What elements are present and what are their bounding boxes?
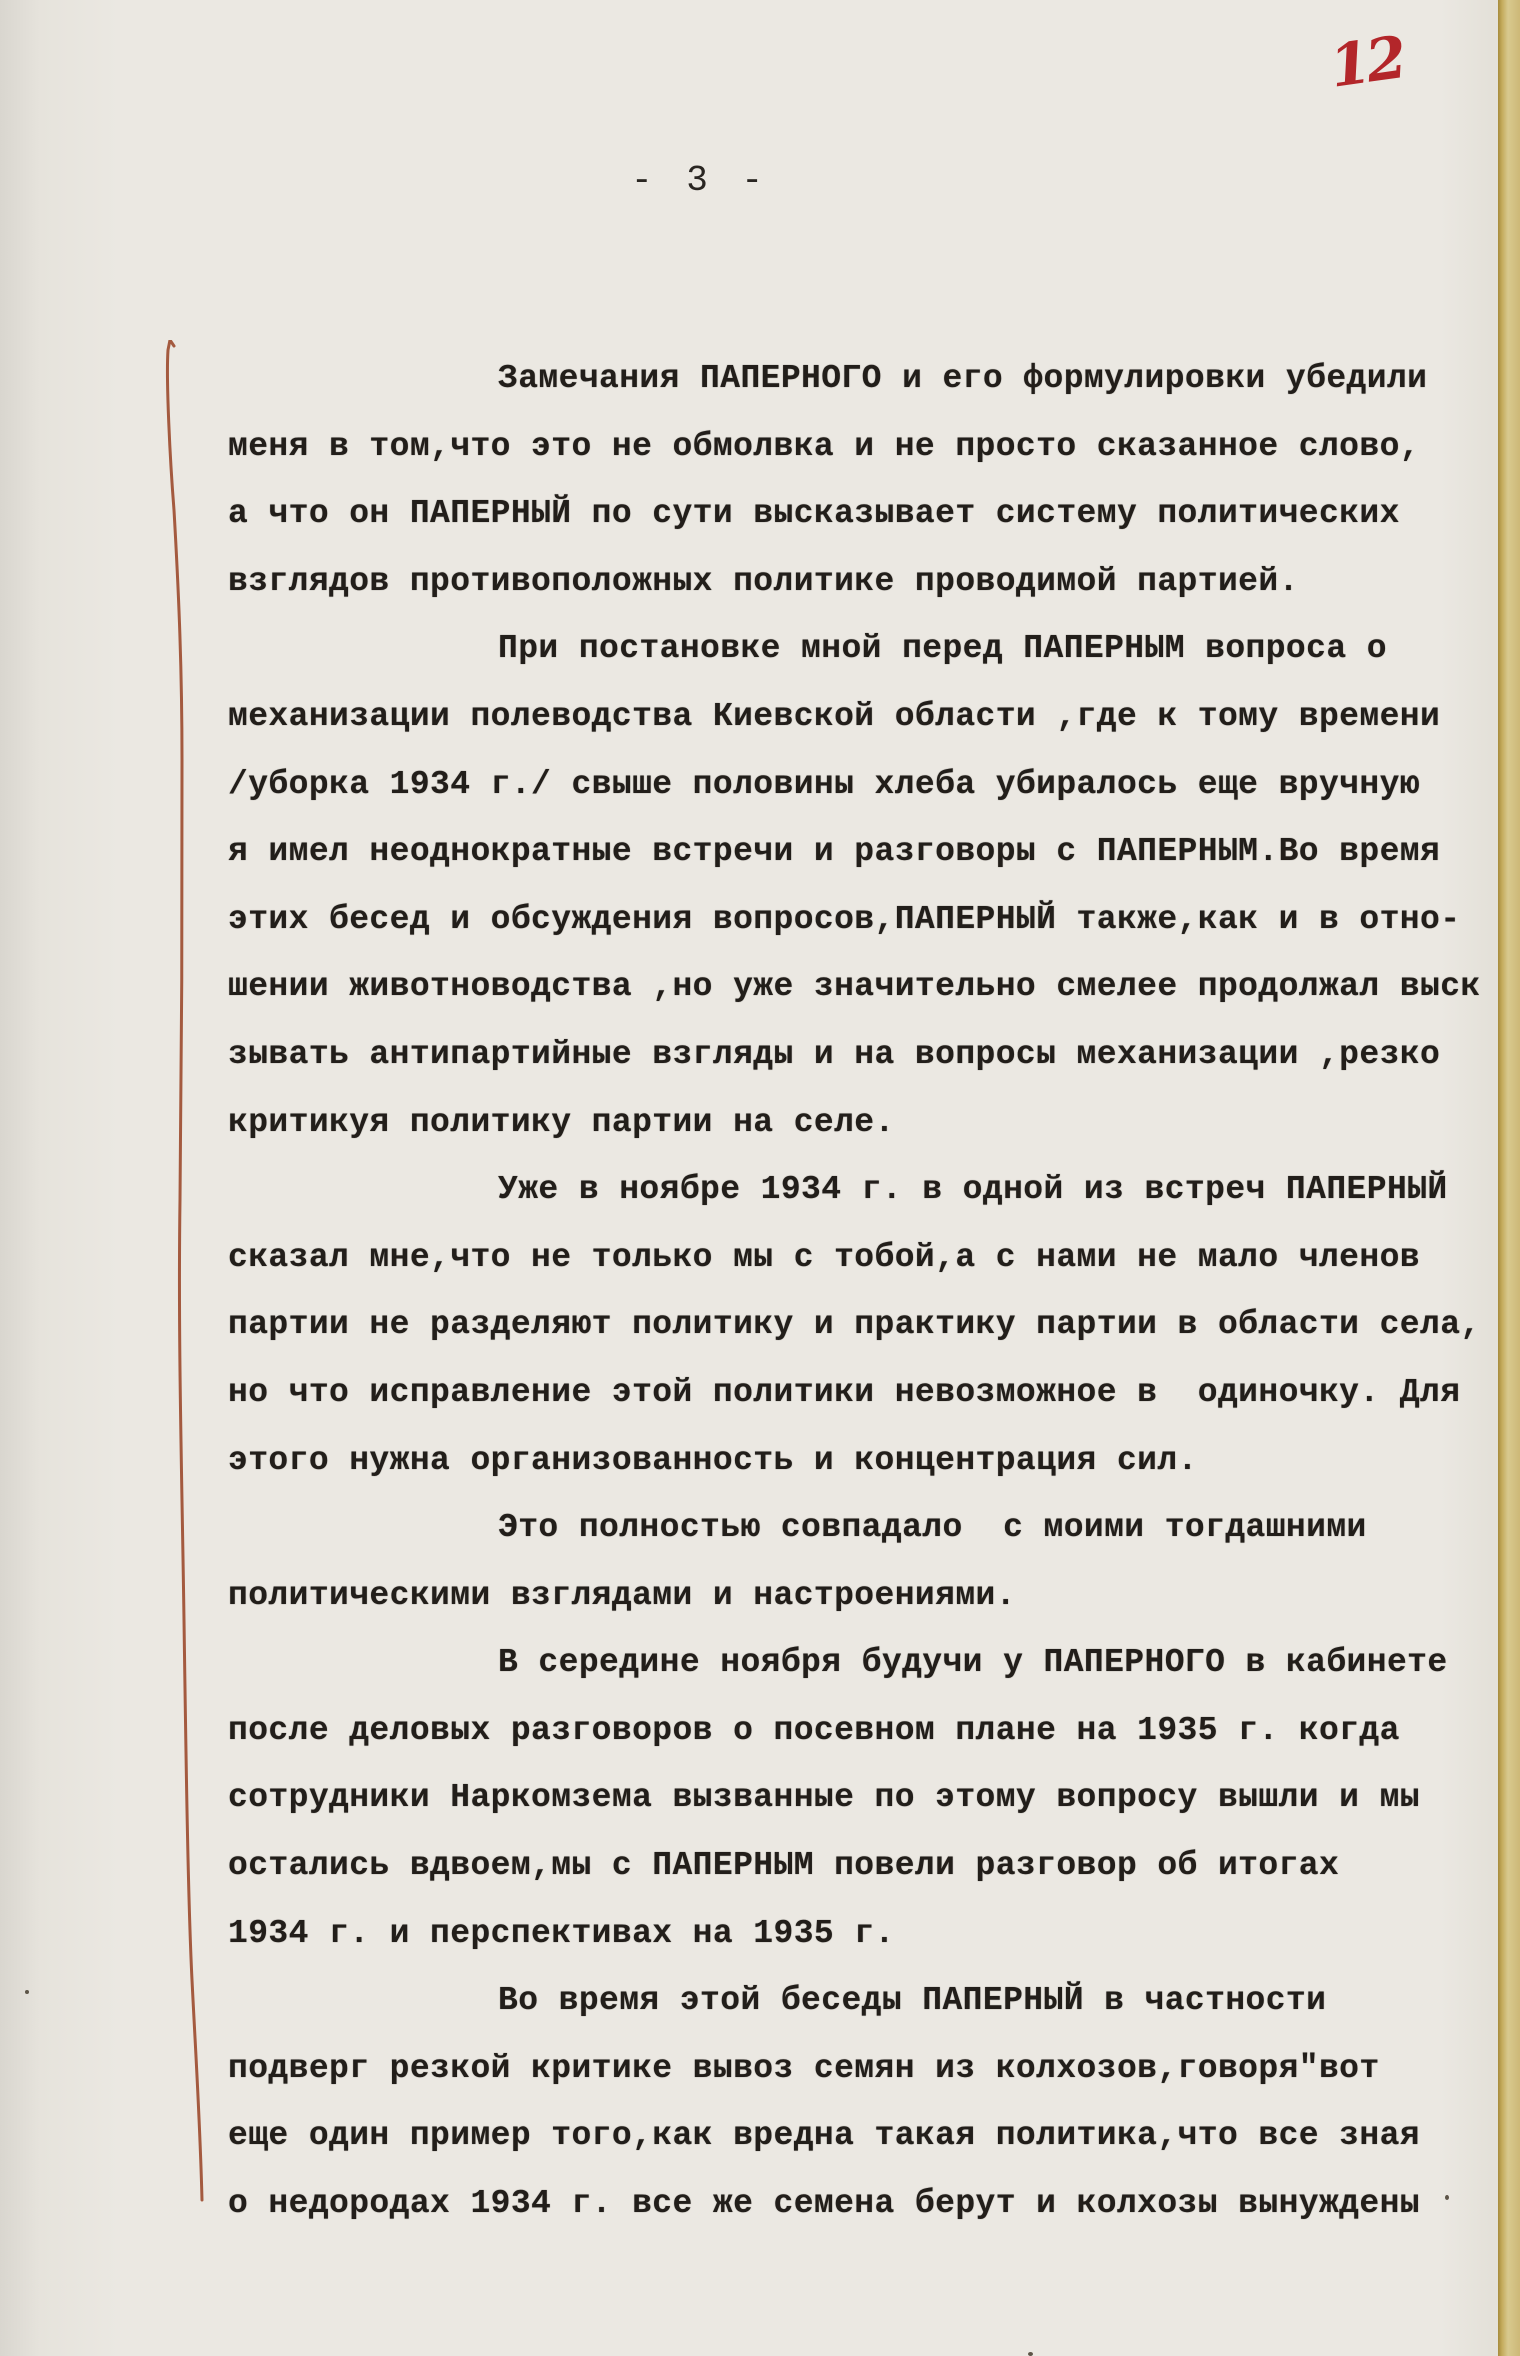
text-line: этих бесед и обсуждения вопросов,ПАПЕРНЫ…	[228, 886, 1520, 954]
paper-speck	[1445, 2195, 1449, 2200]
text-line: я имел неоднократные встречи и разговоры…	[228, 818, 1520, 886]
text-line: а что он ПАПЕРНЫЙ по сути высказывает си…	[228, 480, 1520, 548]
paper-speck	[1028, 2352, 1033, 2356]
binding-edge	[1498, 0, 1520, 2356]
text-line: сказал мне,что не только мы с тобой,а с …	[228, 1224, 1520, 1292]
page-marker: - 3 -	[600, 160, 800, 201]
text-line: этого нужна организованность и концентра…	[228, 1427, 1520, 1495]
text-line: критикуя политику партии на селе.	[228, 1089, 1520, 1157]
paragraph-first-line: В середине ноября будучи у ПАПЕРНОГО в к…	[228, 1629, 1520, 1697]
document-page: 12 - 3 - Замечания ПАПЕРНОГО и его форму…	[0, 0, 1498, 2356]
text-line: меня в том,что это не обмолвка и не прос…	[228, 413, 1520, 481]
paragraph-first-line: Во время этой беседы ПАПЕРНЫЙ в частност…	[228, 1967, 1520, 2035]
text-line: /уборка 1934 г./ свыше половины хлеба уб…	[228, 751, 1520, 819]
text-line: взглядов противоположных политике провод…	[228, 548, 1520, 616]
text-line: остались вдвоем,мы с ПАПЕРНЫМ повели раз…	[228, 1832, 1520, 1900]
typewritten-body: Замечания ПАПЕРНОГО и его формулировки у…	[228, 345, 1520, 2238]
paragraph-first-line: Уже в ноябре 1934 г. в одной из встреч П…	[228, 1156, 1520, 1224]
paper-speck	[25, 1990, 29, 1994]
margin-pencil-line-icon	[160, 340, 220, 2220]
folio-number: 12	[1326, 23, 1407, 100]
paragraph-first-line: Замечания ПАПЕРНОГО и его формулировки у…	[228, 345, 1520, 413]
text-line: политическими взглядами и настроениями.	[228, 1562, 1520, 1630]
text-line: сотрудники Наркомзема вызванные по этому…	[228, 1764, 1520, 1832]
text-line: механизации полеводства Киевской области…	[228, 683, 1520, 751]
paragraph-first-line: При постановке мной перед ПАПЕРНЫМ вопро…	[228, 615, 1520, 683]
text-line: но что исправление этой политики невозмо…	[228, 1359, 1520, 1427]
text-line: подверг резкой критике вывоз семян из ко…	[228, 2035, 1520, 2103]
text-line: 1934 г. и перспективах на 1935 г.	[228, 1900, 1520, 1968]
text-line: шении животноводства ,но уже значительно…	[228, 953, 1520, 1021]
text-line: партии не разделяют политику и практику …	[228, 1291, 1520, 1359]
text-line: зывать антипартийные взгляды и на вопрос…	[228, 1021, 1520, 1089]
text-line: еще один пример того,как вредна такая по…	[228, 2102, 1520, 2170]
text-line: о недородах 1934 г. все же семена берут …	[228, 2170, 1520, 2238]
text-line: после деловых разговоров о посевном план…	[228, 1697, 1520, 1765]
paragraph-first-line: Это полностью совпадало с моими тогдашни…	[228, 1494, 1520, 1562]
